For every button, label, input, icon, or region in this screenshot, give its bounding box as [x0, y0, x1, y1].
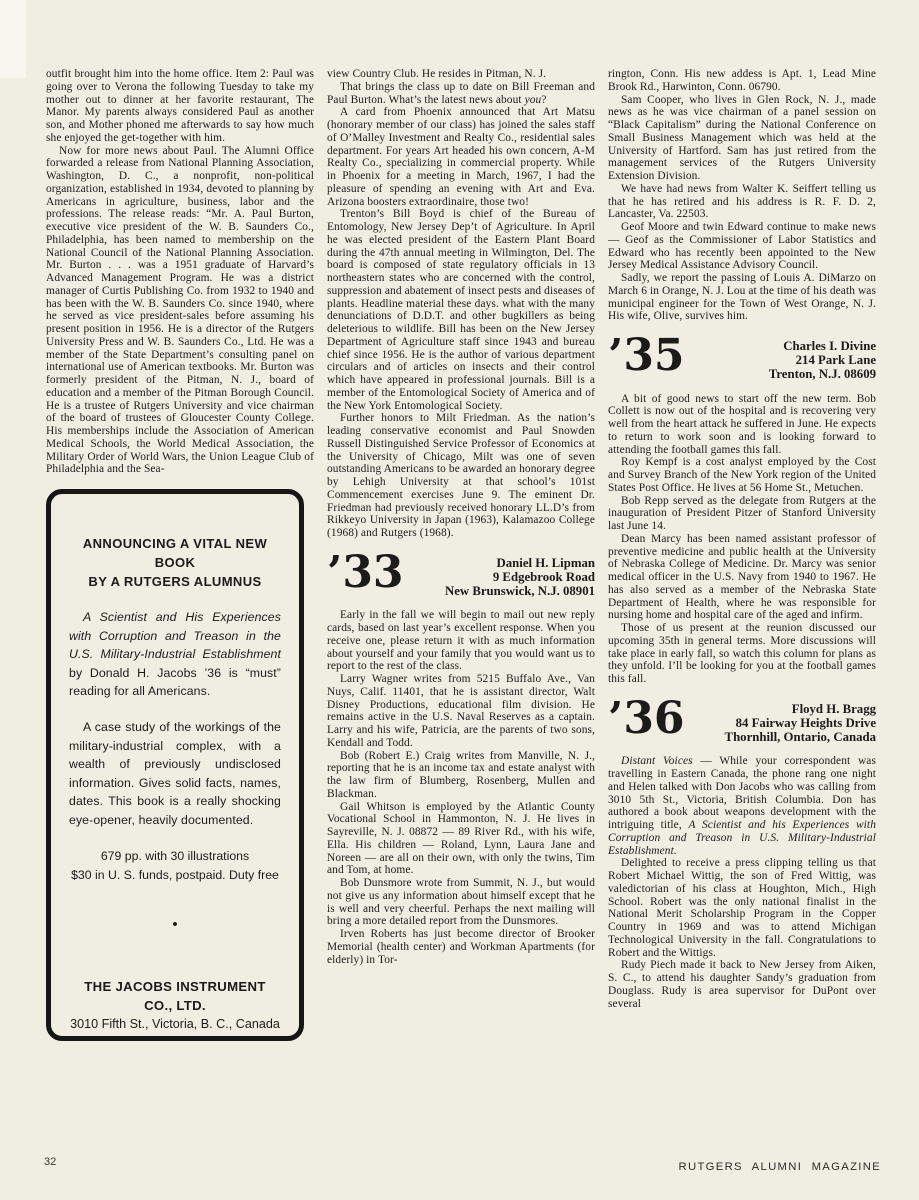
paragraph: A Scientist and His Experiences with Cor… [69, 608, 281, 701]
paragraph: We have had news from Walter K. Seiffert… [608, 183, 876, 221]
paragraph: Gail Whitson is employed by the Atlantic… [327, 801, 595, 878]
ad-heading-line1: ANNOUNCING A VITAL NEW BOOK [69, 534, 281, 572]
secretary-street: 9 Edgebrook Road [445, 570, 595, 584]
class-section-header-33: ’33Daniel H. Lipman9 Edgebrook RoadNew B… [327, 555, 595, 599]
paragraph: Larry Wagner writes from 5215 Buffalo Av… [327, 673, 595, 750]
class-section-header-35: ’35Charles I. Divine214 Park LaneTrenton… [608, 338, 876, 382]
class-year-numeral: ’36 [608, 697, 685, 741]
three-column-layout: outfit brought him into the home office.… [46, 68, 885, 1041]
class-secretary-address-block: Floyd H. Bragg84 Fairway Heights DriveTh… [725, 701, 876, 745]
paragraph: That brings the class up to date on Bill… [327, 81, 595, 107]
secretary-name: Charles I. Divine [769, 339, 876, 353]
secretary-city: New Brunswick, N.J. 08901 [445, 584, 595, 598]
paragraph: A bit of good news to start off the new … [608, 393, 876, 457]
paragraph: Geof Moore and twin Edward continue to m… [608, 221, 876, 272]
paragraph: Delighted to receive a press clipping te… [608, 857, 876, 959]
secretary-name: Floyd H. Bragg [725, 702, 876, 716]
secretary-name: Daniel H. Lipman [445, 556, 595, 570]
column-1-text: outfit brought him into the home office.… [46, 68, 314, 476]
column-2: view Country Club. He resides in Pitman,… [327, 68, 595, 966]
paragraph: Roy Kempf is a cost analyst employed by … [608, 456, 876, 494]
paragraph: Bob Repp served as the delegate from Rut… [608, 495, 876, 533]
paragraph: Bob (Robert E.) Craig writes from Manvil… [327, 750, 595, 801]
paragraph: Sadly, we report the passing of Louis A.… [608, 272, 876, 323]
secretary-street: 84 Fairway Heights Drive [725, 716, 876, 730]
paragraph: A card from Phoenix announced that Art M… [327, 106, 595, 208]
ad-heading-line2: BY A RUTGERS ALUMNUS [69, 572, 281, 591]
ad-company-address: 3010 Fifth St., Victoria, B. C., Canada [69, 1015, 281, 1034]
column-3: rington, Conn. His new addess is Apt. 1,… [608, 68, 876, 1010]
paragraph: outfit brought him into the home office.… [46, 68, 314, 145]
book-advertisement: ANNOUNCING A VITAL NEW BOOK BY A RUTGERS… [46, 489, 304, 1041]
ad-heading: ANNOUNCING A VITAL NEW BOOK BY A RUTGERS… [69, 534, 281, 591]
page-number: 32 [44, 1156, 56, 1168]
class-secretary-address-block: Charles I. Divine214 Park LaneTrenton, N… [769, 338, 876, 382]
secretary-city: Trenton, N.J. 08609 [769, 367, 876, 381]
paragraph: Trenton’s Bill Boyd is chief of the Bure… [327, 208, 595, 412]
class-year-numeral: ’35 [608, 334, 685, 378]
scan-artifact-corner [0, 0, 26, 78]
class-year-numeral: ’33 [327, 551, 404, 595]
ad-price-line: $30 in U. S. funds, postpaid. Duty free [69, 866, 281, 885]
paragraph: view Country Club. He resides in Pitman,… [327, 68, 595, 81]
secretary-street: 214 Park Lane [769, 353, 876, 367]
magazine-page: outfit brought him into the home office.… [0, 0, 919, 1200]
paragraph: rington, Conn. His new addess is Apt. 1,… [608, 68, 876, 94]
ad-body: A Scientist and His Experiences with Cor… [69, 608, 281, 830]
paragraph: Rudy Piech made it back to New Jersey fr… [608, 959, 876, 1010]
paragraph: Bob Dunsmore wrote from Summit, N. J., b… [327, 877, 595, 928]
ad-pages-line: 679 pp. with 30 illustrations [69, 847, 281, 866]
magazine-title-footer: RUTGERS ALUMNI MAGAZINE [679, 1161, 881, 1173]
secretary-city: Thornhill, Ontario, Canada [725, 730, 876, 744]
paragraph: A case study of the workings of the mili… [69, 718, 281, 830]
paragraph: Sam Cooper, who lives in Glen Rock, N. J… [608, 94, 876, 183]
paragraph: Irven Roberts has just become director o… [327, 928, 595, 966]
paragraph: Now for more news about Paul. The Alumni… [46, 145, 314, 477]
paragraph: Early in the fall we will begin to mail … [327, 609, 595, 673]
paragraph: Those of us present at the reunion discu… [608, 622, 876, 686]
ad-details: 679 pp. with 30 illustrations $30 in U. … [69, 847, 281, 885]
paragraph: Dean Marcy has been named assistant prof… [608, 533, 876, 622]
column-1: outfit brought him into the home office.… [46, 68, 314, 1041]
ad-company-phone: Tel. (Area Code 604) 382-5244 [69, 1034, 281, 1041]
paragraph: Further honors to Milt Friedman. As the … [327, 412, 595, 540]
paragraph: Distant Voices — While your corresponden… [608, 755, 876, 857]
class-secretary-address-block: Daniel H. Lipman9 Edgebrook RoadNew Brun… [445, 555, 595, 599]
class-section-header-36: ’36Floyd H. Bragg84 Fairway Heights Driv… [608, 701, 876, 745]
ad-company-name: THE JACOBS INSTRUMENT CO., LTD. [69, 977, 281, 1015]
ad-bullet-ornament: • [69, 916, 281, 933]
